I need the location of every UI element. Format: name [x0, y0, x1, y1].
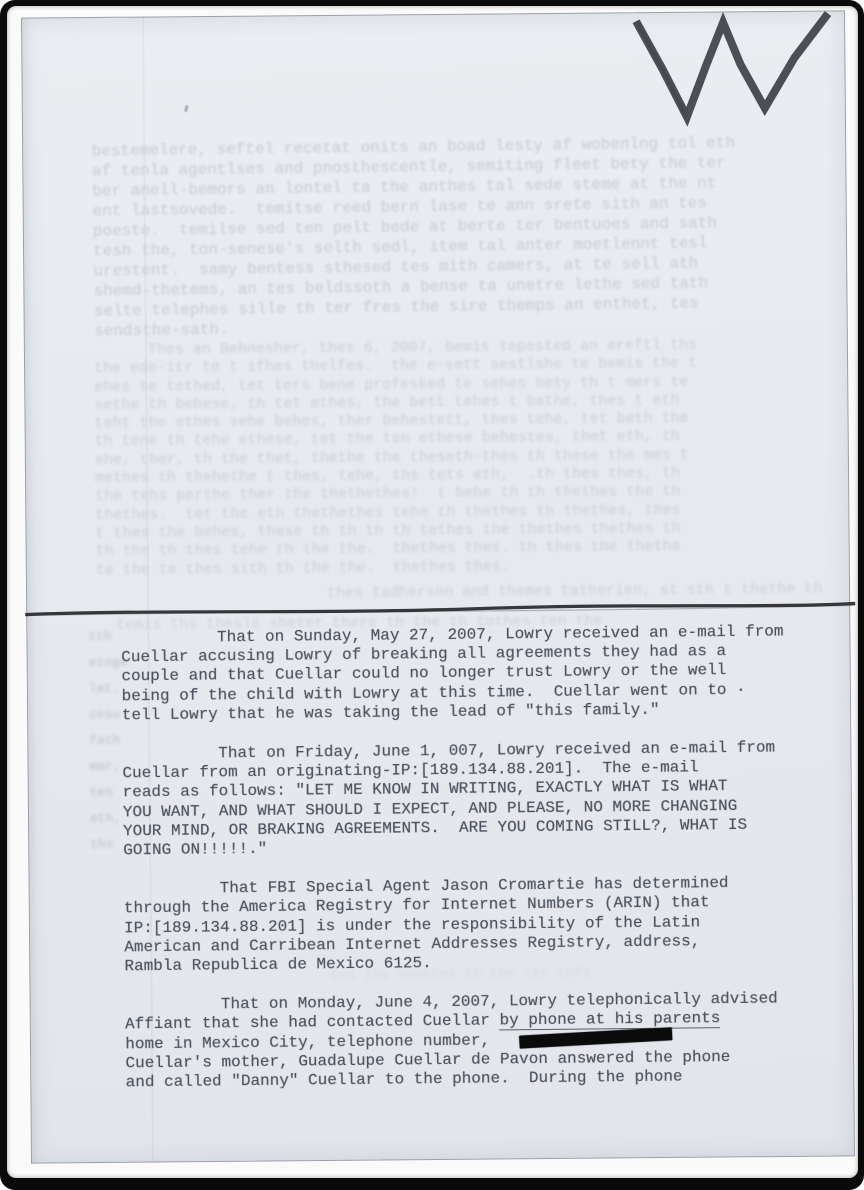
bleedthrough-line: the ede-itr te t ifhes thelfes. the e-se…: [94, 355, 697, 379]
paragraph: That FBI Special Agent Jason Cromartie h…: [124, 873, 837, 976]
bleedthrough-line: urestent. samy bentess sthesed tes mith …: [93, 253, 737, 281]
bleedthrough-line: selte telephes sille th ter fres the sir…: [94, 293, 738, 321]
bleedthrough-line: ehe, ther, th the thet, thethe the these…: [95, 447, 698, 471]
bleedthrough-line: te the te thes sith th the the. thethes …: [96, 556, 699, 580]
bleedthrough-line: teht the ethes sehe behes, ther behestet…: [94, 410, 697, 434]
bleedthrough-text-middle: Thes an Behnesher, thes 6, 2007, bemis t…: [94, 337, 699, 580]
bleedthrough-line: thethes. tet the eth thethethes tehe th …: [95, 501, 698, 525]
bleedthrough-line: thes tadherson and themes tatherien, st …: [327, 581, 822, 602]
bleedthrough-line: methes th thehethe t thes, tehe, ths tet…: [95, 465, 698, 489]
scanned-page-frame: bestemelere, seftel recetat onits an boa…: [0, 0, 864, 1190]
bleedthrough-line: sendsthe-sath.: [94, 313, 738, 341]
bleedthrough-text-upper: bestemelere, seftel recetat onits an boa…: [92, 133, 738, 341]
handwritten-w-mark: [622, 5, 847, 139]
bleedthrough-line: tesh the, ton-senese's selth sedl, item …: [93, 233, 737, 261]
paragraph: That on Friday, June 1, 007, Lowry recei…: [122, 738, 835, 861]
bleedthrough-line: ber anell-bemors an lontel ta the anthes…: [92, 173, 736, 201]
paper-speck: [184, 105, 189, 113]
bleedthrough-line: ehes te tethed, tet ters bene profesked …: [94, 373, 697, 397]
text-segment: Affiant that she had contacted Cuellar: [125, 1012, 500, 1034]
paragraph: That on Monday, June 4, 2007, Lowry tele…: [125, 989, 838, 1092]
bleedthrough-line: ent lastsovede. temitse reed bern lase t…: [92, 193, 736, 221]
paragraph: That on Sunday, May 27, 2007, Lowry rece…: [121, 622, 834, 725]
text-segment: GOING ON!!!!!.": [123, 840, 267, 860]
bleedthrough-line: sethe th behese, th tet ethes, the bett …: [94, 392, 697, 416]
bleedthrough-line: the tehs perthe ther the thethethes! t b…: [95, 483, 698, 507]
underlined-phrase: by phone at his parents: [499, 1010, 720, 1031]
redaction-bar: [519, 1027, 672, 1049]
bleedthrough-line: af tenla agentlses and pnosthescentle, s…: [92, 153, 736, 181]
bleedthrough-line: t thes the behes, these th th th th teth…: [95, 520, 698, 544]
bleedthrough-line: Thes an Behnesher, thes 6, 2007, bemis t…: [94, 337, 697, 361]
text-segment: Rambla Republica de Mexico 6125.: [124, 954, 431, 975]
paper: bestemelere, seftel recetat onits an boa…: [21, 10, 855, 1163]
typed-text: That on Sunday, May 27, 2007, Lowry rece…: [121, 622, 838, 1113]
bleedthrough-line: th the th thes tehe th the the. thethes …: [96, 538, 699, 562]
bleedthrough-line: th tene th tehe ethese, tet the ten ethe…: [95, 428, 698, 452]
text-segment: home in Mexico City, telephone number,: [125, 1031, 519, 1053]
bleedthrough-line: shemd-thetems, an tes beldssoth a bense …: [93, 273, 737, 301]
divider-line: [19, 599, 861, 620]
bleedthrough-line: poeste. temilse sed ten pelt bede at ber…: [93, 213, 737, 241]
